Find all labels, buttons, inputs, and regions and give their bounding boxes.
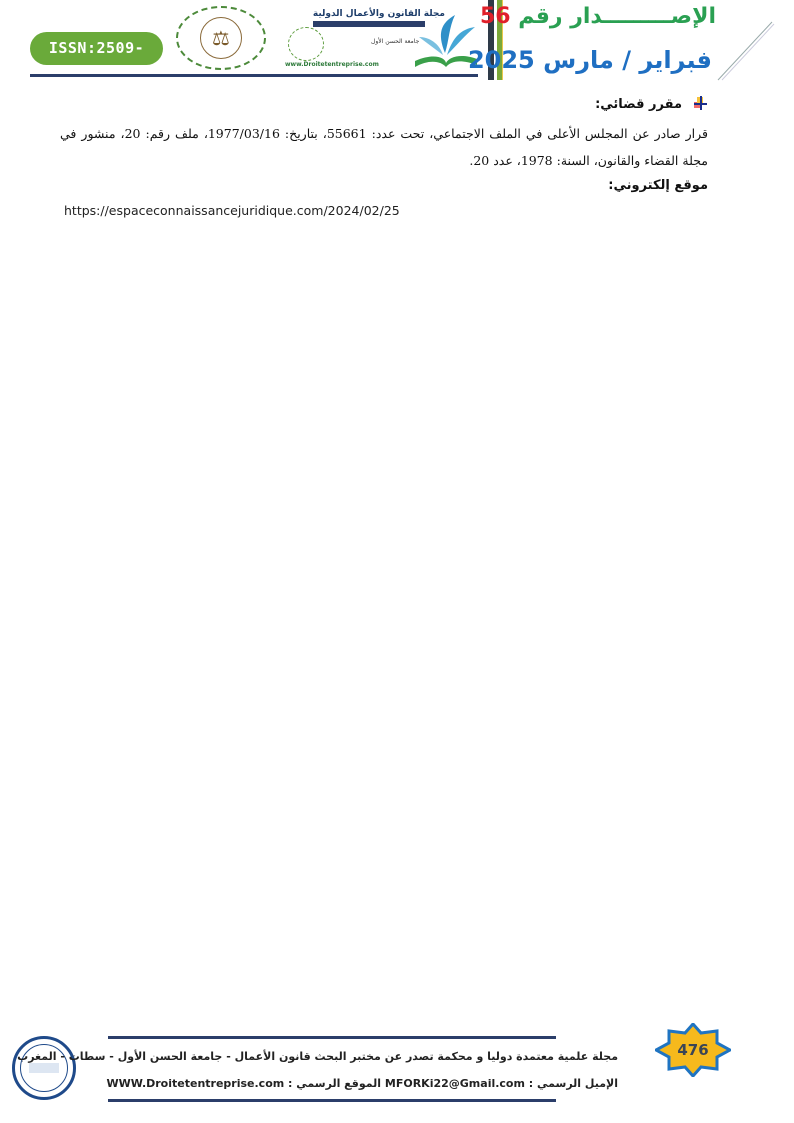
issue-word: الإصـــــــــدار رقم [518,4,716,29]
journal-logo-subtitle-bar [313,21,425,27]
decorative-diagonal-lines [716,18,776,82]
scales-of-justice-icon: ⚖ [200,17,242,59]
editor-seal-stamp [12,1036,76,1100]
footer-top-rule [108,1036,556,1039]
issn-badge: ISSN:2509-0291 [30,32,163,65]
header-rule [30,74,478,77]
website-reference-link[interactable]: https://espaceconnaissancejuridique.com/… [64,203,400,218]
judicial-decision-text: قرار صادر عن المجلس الأعلى في الملف الاج… [60,120,708,174]
issue-number: 56 [480,4,511,29]
university-name: جامعة الحسن الأول [371,38,419,45]
issue-label: الإصـــــــــدار رقم 56 [480,4,716,29]
footer-bottom-rule [108,1099,556,1102]
journal-logo: مجلة القانون والأعمال الدولية جامعة الحس… [285,5,480,70]
journal-logo-seal-icon [288,27,324,61]
research-lab-logo: ⚖ [176,6,266,70]
journal-website: www.Droitetentreprise.com [285,61,379,68]
footer-contact-info: الإميل الرسمي : MFORKi22@Gmail.com الموق… [106,1077,618,1090]
page-number: 476 [655,1023,731,1077]
section-heading-website: موقع إلكتروني: [608,178,708,193]
issue-date: فبراير / مارس 2025 [468,46,712,74]
section-heading-judicial-decision: مقرر قضائي: [595,97,682,112]
cross-bullet-icon [692,95,708,111]
footer-journal-description: مجلة علمية معتمدة دوليا و محكمة تصدر عن … [17,1050,618,1063]
